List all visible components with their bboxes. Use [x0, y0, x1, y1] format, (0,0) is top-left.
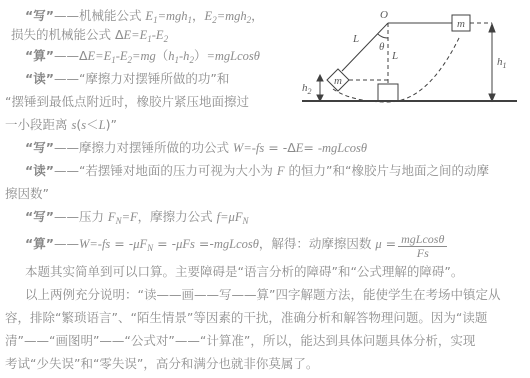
text-run: 损失的机械能公式 Δ [11, 27, 124, 42]
math-run: μF [133, 237, 147, 251]
text-line: 容，排除“繁琐语言”、“陌生情景”等因素的干扰，准确分析和解答物理问题。因为“读… [5, 306, 530, 329]
text-run: ——Δ [54, 48, 88, 63]
text-run: ， [192, 8, 205, 23]
math-run: W=-fs [233, 141, 264, 155]
math-run: -mgLcosθ [318, 141, 367, 155]
math-run: -E [152, 28, 164, 42]
text-run: “摆锤到最低点附近时，橡胶片紧压地面擦过 [5, 94, 249, 109]
text-line: “读”——“若摆锤对地面的压力可视为大小为 F 的恒力”和“橡胶片与地面之间的动… [5, 159, 530, 182]
text-run: =- [195, 236, 214, 251]
math-run: E=E [124, 28, 148, 42]
h1-label: h1 [497, 56, 507, 70]
text-run: = - [153, 236, 176, 251]
math-run: L [99, 118, 106, 132]
text-run: ） [194, 48, 207, 63]
fraction: mgLcosθFs [398, 233, 447, 260]
text-line: 考试“少失误”和“零失误”，高分和满分也就非你莫属了。 [5, 352, 530, 375]
math-run: W=-fs [79, 237, 110, 251]
mass-box-label: m [457, 18, 465, 30]
text-run: = -Δ [264, 140, 295, 155]
math-run: mgLcosθ [214, 237, 259, 251]
math-run: =mgLcosθ [206, 49, 259, 63]
math-run: mgLcosθ [401, 232, 444, 246]
text-line: 擦因数” [5, 182, 530, 205]
math-run: =mgh [217, 9, 247, 23]
step-keyword: “写” [25, 140, 54, 155]
math-run: E [145, 9, 153, 23]
step-keyword: “读” [25, 163, 54, 178]
text-run: 本题其实简单到可以口算。主要障碍是“语言分析的障碍”和“公式理解的障碍”。 [25, 264, 463, 279]
pendulum-diagram: O m m L L θ h1 h2 [300, 5, 525, 115]
text-run: 考试“少失误”和“零失误”，高分和满分也就非你莫属了。 [5, 356, 318, 371]
text-run: ——摩擦力对摆锤所做的功公式 [54, 140, 233, 155]
text-line: “写”——压力 FN=F，摩擦力公式 f=μFN [5, 205, 530, 228]
text-run: ——“摩擦力对摆锤所做的功”和 [54, 71, 229, 86]
text-line: 以上两例充分说明：“读——画——写——算”四字解题方法，能使学生在考场中镇定从 [5, 283, 530, 306]
h2-arrowhead-top [317, 75, 323, 81]
step-keyword: “读” [25, 71, 54, 86]
step-keyword: “算” [25, 236, 54, 251]
text-run: 以上两例充分说明：“读——画——写——算”四字解题方法，能使学生在考场中镇定从 [25, 287, 500, 302]
vertical-length-label: L [391, 50, 398, 62]
step-keyword: “写” [25, 8, 54, 23]
text-run: ——压力 [54, 209, 108, 224]
math-run: -E [116, 49, 128, 63]
text-run: 清”——“画图明”——“公式对”——“计算准”，所以，能达到具体问题具体分析，实… [5, 333, 475, 348]
mass-diamond-label: m [334, 75, 342, 87]
math-run: N [242, 216, 248, 226]
theta-arc [378, 34, 388, 38]
text-run: = [303, 140, 317, 155]
step-keyword: “写” [25, 209, 54, 224]
text-run: ——“若摆锤对地面的压力可视为大小为 [54, 163, 277, 178]
math-run: 2 [164, 34, 169, 44]
text-run: —— [54, 236, 79, 251]
text-run: 的恒力”和“橡胶片与地面之间的动摩 [285, 163, 489, 178]
text-run: = [382, 236, 396, 251]
math-run: =mgh [158, 9, 188, 23]
text-run: 一小段距离 [5, 117, 71, 132]
text-line: 一小段距离 s(s＜L)” [5, 113, 530, 136]
step-keyword: “算” [25, 48, 54, 63]
rod-length-label: L [352, 33, 359, 45]
text-run: 擦因数” [5, 186, 49, 201]
swing-arc [333, 36, 460, 102]
h1-arrowhead-bottom [489, 94, 495, 101]
text-line: “算”——W=-fs = -μFN = -μFs =-mgLcosθ，解得：动摩… [5, 228, 530, 260]
text-run: = - [110, 236, 133, 251]
text-line: 本题其实简单到可以口算。主要障碍是“语言分析的障碍”和“公式理解的障碍”。 [5, 260, 530, 283]
angle-label: θ [379, 41, 385, 53]
h1-arrowhead-top [489, 24, 495, 32]
text-run: ＜ [86, 117, 99, 132]
text-line: 清”——“画图明”——“公式对”——“计算准”，所以，能达到具体问题具体分析，实… [5, 329, 530, 352]
math-run: E=E [88, 49, 112, 63]
text-run: （ [156, 48, 169, 63]
h2-label: h2 [302, 82, 312, 96]
text-run: ， [251, 8, 264, 23]
math-run: Fs [417, 246, 429, 260]
rubber-block [378, 84, 398, 101]
math-run: -h [179, 49, 189, 63]
math-run: f=μF [217, 210, 243, 224]
text-run: )” [106, 117, 117, 132]
text-run: 容，排除“繁琐语言”、“陌生情景”等因素的干扰，准确分析和解答物理问题。因为“读… [5, 310, 487, 325]
math-run: F [108, 210, 116, 224]
text-run: ——机械能公式 [54, 8, 145, 23]
math-run: F [277, 164, 285, 178]
text-run: ，摩擦力公式 [138, 209, 217, 224]
text-line: “写”——摩擦力对摆锤所做的功公式 W=-fs = -ΔE= -mgLcosθ [5, 136, 530, 159]
text-run: ，解得：动摩擦因数 [259, 236, 375, 251]
math-run: =mg [132, 49, 156, 63]
pivot-label: O [380, 9, 388, 21]
math-run: μFs [176, 237, 195, 251]
math-run: =F [122, 210, 138, 224]
